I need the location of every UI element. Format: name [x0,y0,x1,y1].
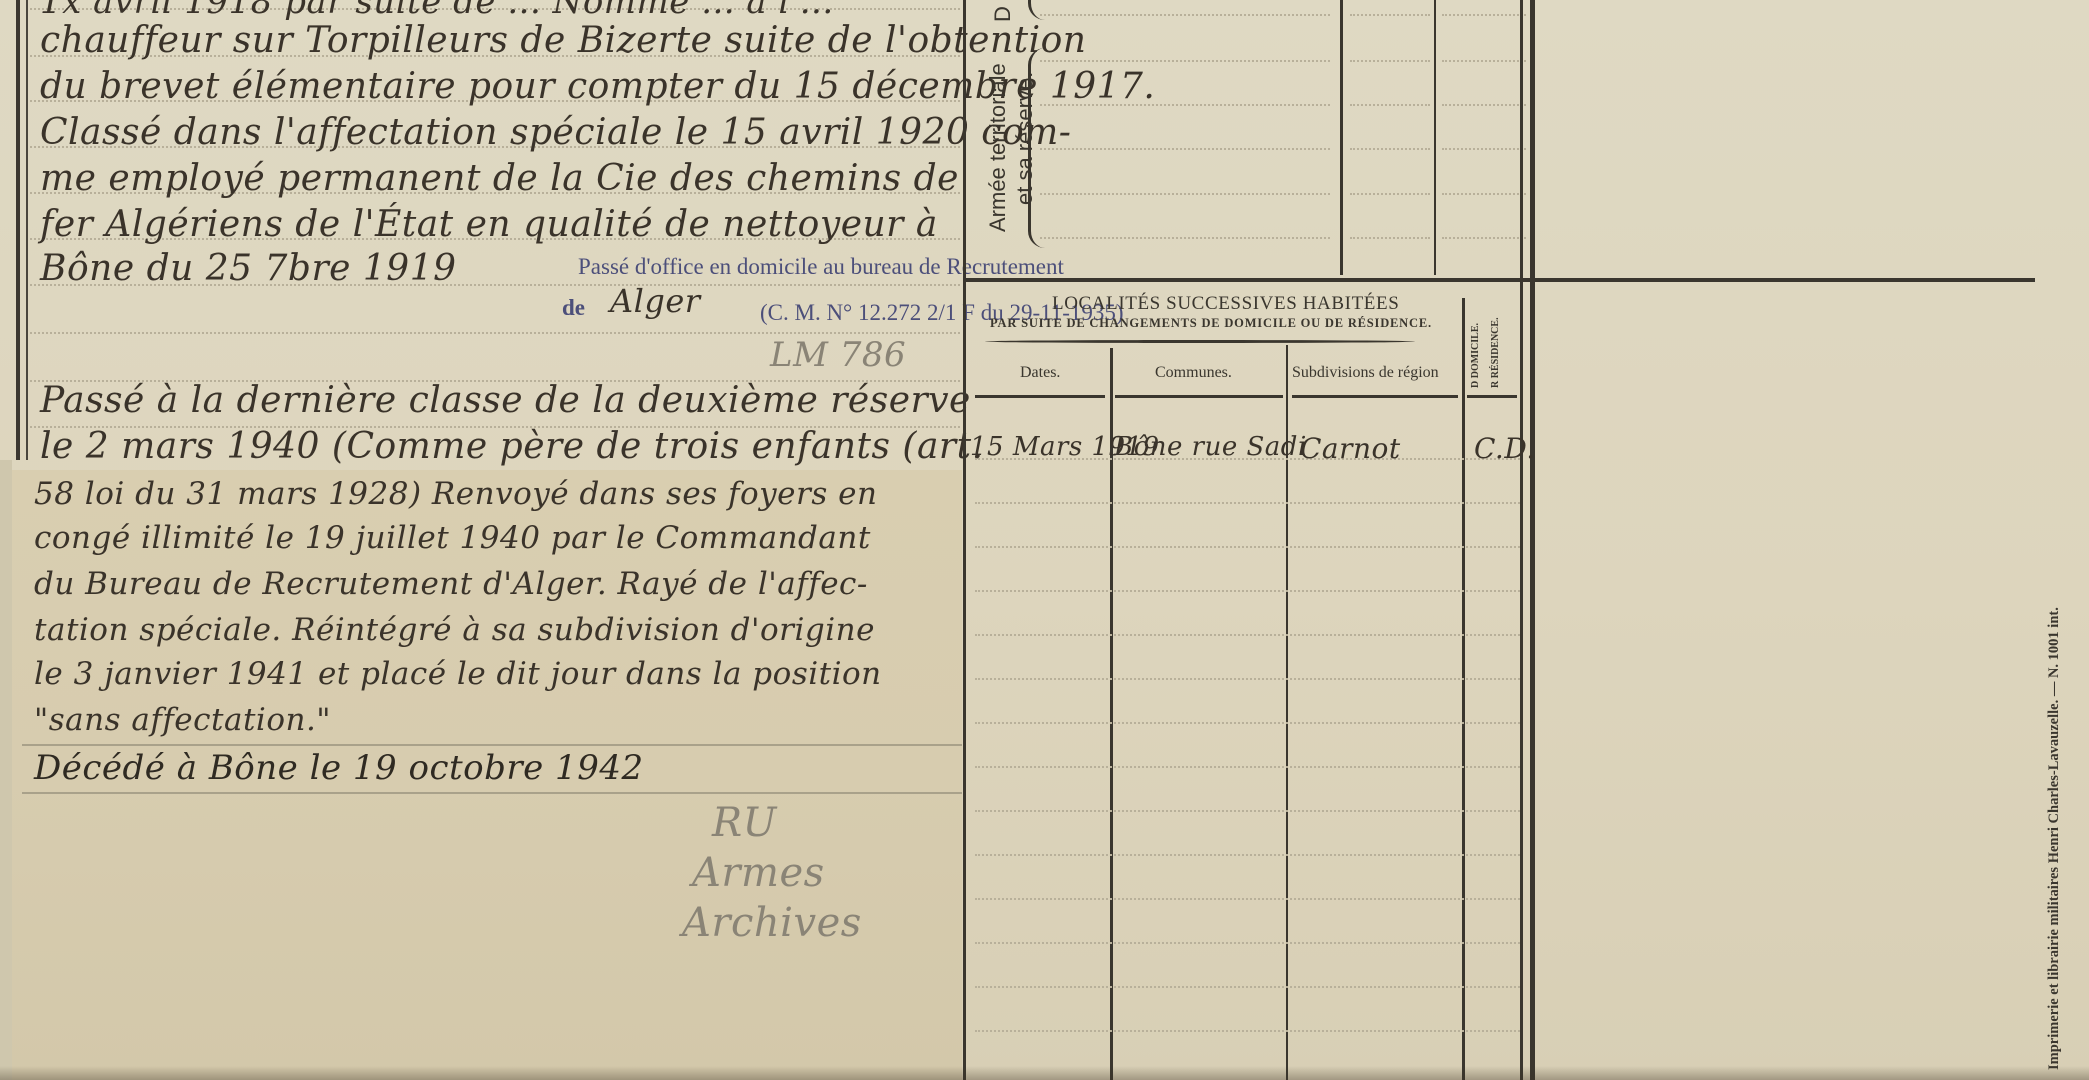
column-header-subdivisions: Subdivisions de région [1292,364,1439,382]
death-record-line: Décédé à Bône le 19 octobre 1942 [34,748,644,788]
table-ruled-line [975,898,1520,900]
pasted-line: tation spéciale. Réintégré à sa subdivis… [34,612,875,648]
brace-decoration [985,340,1415,343]
table-ruled-line [975,766,1520,768]
ruled-line [1442,14,1526,16]
recruitment-stamp-prefix: de [562,295,585,321]
table-ruled-line [975,590,1520,592]
ruled-line [1350,148,1430,150]
table-ruled-line [975,986,1520,988]
header-underline [1467,395,1517,398]
left-frame-border [16,0,20,460]
dr-header-domicile: D DOMICILE. [1470,323,1481,388]
pasted-line: le 3 janvier 1941 et placé le dit jour d… [34,656,882,692]
document-page: 1x avril 1918 par suite de ... Nommé ...… [0,0,2089,1080]
table-ruled-line [975,1030,1520,1032]
header-underline [1292,395,1458,398]
ruled-line [1442,148,1526,150]
ruled-line [1040,14,1330,16]
ruled-line [1442,104,1526,106]
section-divider [963,278,2035,282]
column-divider [1434,0,1436,275]
recruitment-stamp-line1: Passé d'office en domicile au bureau de … [578,254,1064,280]
column-header-communes: Communes. [1155,364,1232,382]
column-header-dates: Dates. [1020,364,1060,382]
ruled-line [22,744,962,746]
page-bottom-shadow [0,1066,2089,1080]
ruled-line [1040,148,1330,150]
ruled-line [1442,60,1526,62]
residence-subdivision: Carnot [1300,432,1401,465]
table-ruled-line [975,502,1520,504]
residences-title: LOCALITÉS SUCCESSIVES HABITÉES [1052,293,1399,315]
ruled-line [1350,60,1430,62]
table-ruled-line [975,678,1520,680]
residence-commune: Bône rue Sadi [1114,432,1307,462]
archive-signature-line: RU [712,800,777,846]
ruled-line [1040,104,1330,106]
ruled-line [1350,14,1430,16]
column-divider [1340,0,1343,275]
ruled-line [1350,237,1430,239]
note-line: 1x avril 1918 par suite de ... Nommé ...… [40,0,834,22]
header-underline [1115,395,1283,398]
reserve-line: le 2 mars 1940 (Comme père de trois enfa… [40,426,984,467]
ruled-line [1442,193,1526,195]
frame-border-thick [1530,0,1535,1080]
table-ruled-line [975,854,1520,856]
residence-dr-code: C.D. [1474,432,1536,465]
note-line: Classé dans l'affectation spéciale le 15… [40,112,1071,153]
ruled-line [1040,237,1330,239]
pasted-line: congé illimité le 19 juillet 1940 par le… [34,520,871,556]
ruled-line [30,332,960,334]
left-frame-inner-border [26,0,28,460]
table-ruled-line [975,546,1520,548]
table-ruled-line [975,722,1520,724]
reserve-label-line1: Armée territoriale [985,63,1011,232]
note-line: Bône du 25 7bre 1919 [40,248,457,289]
table-ruled-line [975,942,1520,944]
archive-signature-line: Archives [682,900,862,946]
ruled-line [1442,237,1526,239]
ruled-line [1040,193,1330,195]
frame-border [1520,0,1523,1080]
header-underline [975,395,1105,398]
table-column-divider [1462,298,1465,1080]
note-line: chauffeur sur Torpilleurs de Bizerte sui… [40,20,1086,61]
ruled-line [22,792,962,794]
ruled-line [1040,60,1330,62]
note-line: fer Algériens de l'État en qualité de ne… [40,204,938,245]
note-line: me employé permanent de la Cie des chemi… [40,158,959,199]
archive-signature-line: Armes [692,850,825,896]
reserve-line: Passé à la dernière classe de la deuxièm… [40,380,971,421]
page-left-edge [0,460,12,1080]
table-ruled-line [975,634,1520,636]
ruled-line [1350,104,1430,106]
reference-mark: LM 786 [770,335,906,375]
printer-imprint: Imprimerie et librairie militaires Henri… [2046,607,2063,1070]
column-divider [963,0,966,1080]
residences-subtitle: PAR SUITE DE CHANGEMENTS DE DOMICILE OU … [990,316,1432,331]
dr-header-residence: R RÉSIDENCE. [1490,317,1501,388]
pasted-line: du Bureau de Recrutement d'Alger. Rayé d… [34,566,868,602]
ruled-line [1350,193,1430,195]
table-ruled-line [975,810,1520,812]
reserve-top-letter: D [990,6,1016,22]
pasted-line: 58 loi du 31 mars 1928) Renvoyé dans ses… [34,476,877,512]
pasted-note-sheet: 58 loi du 31 mars 1928) Renvoyé dans ses… [12,470,962,1080]
brace-decoration [1028,0,1045,20]
pasted-line: "sans affectation." [34,702,331,738]
stamp-handwritten-city: Alger [610,282,701,320]
